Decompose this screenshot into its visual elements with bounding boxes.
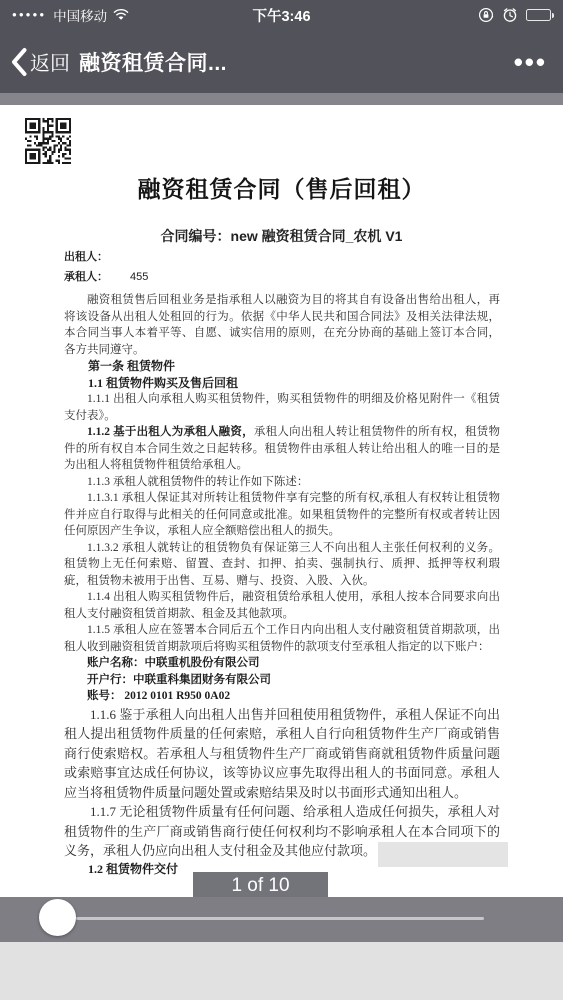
paragraph-lead: 1.1.2 基于出租人为承租人融资， [87, 426, 254, 438]
lessee-label: 承租人： [64, 271, 108, 283]
scrubber-track[interactable] [76, 917, 484, 920]
account-number-line: 账号： 2012 0101 R950 0A02 [64, 688, 500, 705]
lessee-value: 455 [130, 271, 148, 283]
carrier-label: 中国移动 [53, 5, 107, 25]
contract-paragraph: 1.1.4 出租人购买租赁物件后，融资租赁给承租人使用，承租人按本合同要求向出租… [64, 589, 500, 622]
signal-strength-icon: ●●●●● [12, 0, 46, 30]
nav-bar: 返回 融资租赁合同... ••• [0, 30, 563, 93]
contract-paragraph: 1.1.3.1 承租人保证其对所转让租赁物件享有完整的所有权,承租人有权转让租赁… [64, 490, 500, 540]
page-indicator-badge: 1 of 10 [193, 872, 328, 899]
contract-paragraph: 1.1.3 承租人就租赁物件的转让作如下陈述： [64, 474, 500, 491]
lessee-row: 承租人：455 [64, 267, 148, 287]
document-placeholder [378, 842, 508, 867]
contract-paragraph: 融资租赁售后回租业务是指承租人以融资为目的将其自有设备出售给出租人，再将该设备从… [64, 292, 500, 358]
contract-heading: 第一条 租赁物件 [64, 358, 500, 375]
contract-heading: 1.1 租赁物件购买及售后回租 [64, 375, 500, 392]
contract-title: 融资租赁合同（售后回租） [0, 171, 563, 204]
contract-paragraph: 1.1.5 承租人应在签署本合同后五个工作日内向出租人支付融资租赁首期款项，出租… [64, 622, 500, 655]
wifi-icon [113, 9, 129, 21]
contract-paragraph: 1.1.6 鉴于承租人向出租人出售并回租使用租赁物件，承租人保证不向出租人提出租… [64, 705, 500, 803]
alarm-clock-icon [502, 7, 518, 23]
back-label: 返回 [30, 47, 70, 76]
account-name-line: 账户名称：中联重机股份有限公司 [64, 655, 500, 672]
lessor-row: 出租人： [64, 247, 148, 267]
orientation-lock-icon [478, 7, 494, 23]
lessor-label: 出租人： [64, 251, 108, 263]
app-screen: ●●●●● 中国移动 下午3:46 [0, 0, 563, 1000]
contract-paragraph: 1.1.3.2 承租人就转让的租赁物负有保证第三人不向出租人主张任何权利的义务。… [64, 540, 500, 590]
footer-area [0, 942, 563, 1000]
contract-body: 融资租赁售后回租业务是指承租人以融资为目的将其自有设备出售给出租人，再将该设备从… [64, 292, 500, 877]
more-menu-button[interactable]: ••• [514, 52, 547, 72]
qr-code-icon [25, 118, 71, 164]
contract-number: 合同编号：new 融资租赁合同_农机 V1 [0, 226, 563, 246]
page-scrubber-bar[interactable] [0, 897, 563, 942]
page-title: 融资租赁合同... [79, 47, 227, 77]
bank-line: 开户行：中联重科集团财务有限公司 [64, 672, 500, 689]
status-bar-right [478, 7, 551, 23]
scrubber-thumb[interactable] [39, 899, 76, 936]
status-bar: ●●●●● 中国移动 下午3:46 [0, 0, 563, 30]
nav-divider [0, 93, 563, 105]
contract-paragraph: 1.1.1 出租人向承租人购买租赁物件，购买租赁物件的明细及价格见附件一《租赁支… [64, 391, 500, 424]
contract-paragraph: 1.1.2 基于出租人为承租人融资，承租人向出租人转让租赁物件的所有权，租赁物件… [64, 424, 500, 474]
battery-icon [526, 9, 551, 21]
chevron-left-icon [10, 47, 27, 77]
back-button[interactable]: 返回 [10, 47, 70, 77]
party-block: 出租人： 承租人：455 [64, 247, 148, 287]
document-page[interactable]: 融资租赁合同（售后回租） 合同编号：new 融资租赁合同_农机 V1 出租人： … [0, 105, 563, 897]
